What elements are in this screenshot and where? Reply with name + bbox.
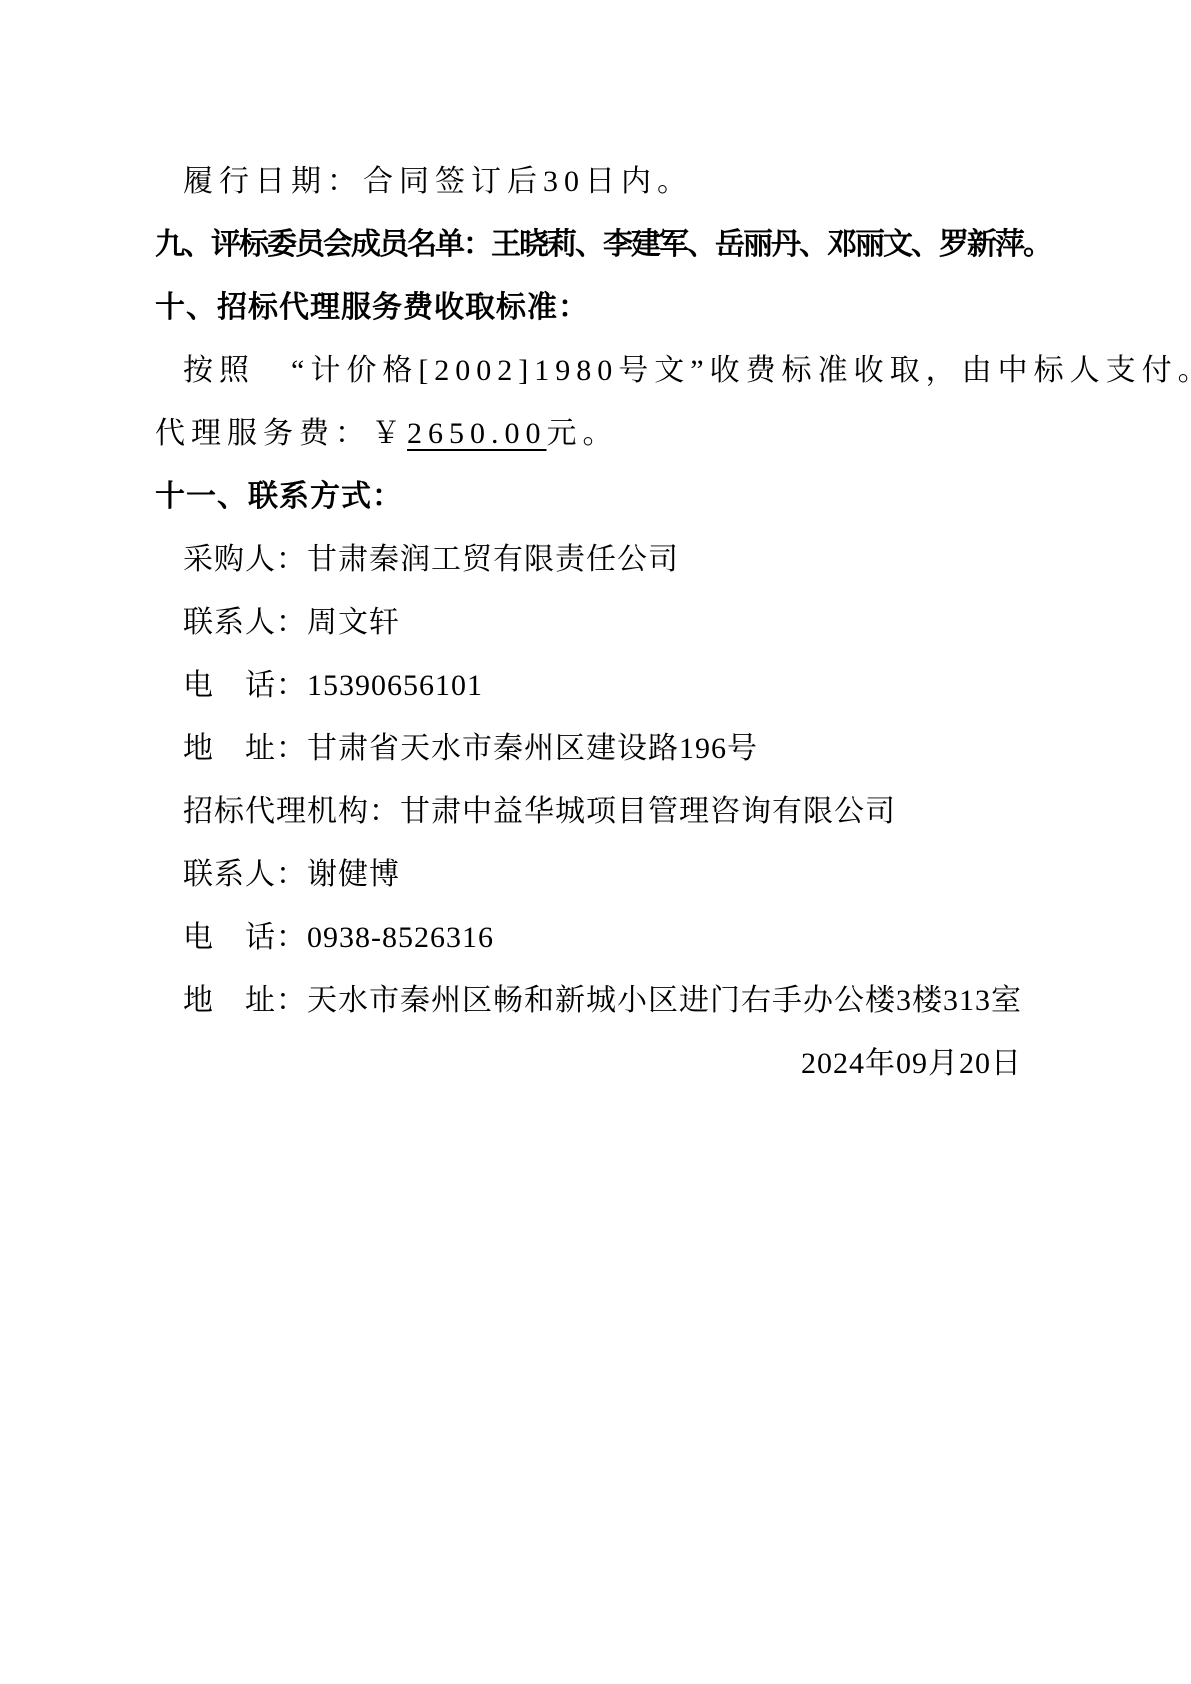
document-date: 2024年09月20日 (155, 1032, 1038, 1095)
agency-fee-unit: 元。 (547, 417, 619, 450)
fee-basis-line: 按照 “计价格[2002]1980号文”收费标准收取，由中标人支付。 (155, 339, 1038, 402)
agency-fee-label: 代理服务费：￥ (155, 417, 407, 450)
contact-line-agency-address: 地 址：天水市秦州区畅和新城小区进门右手办公楼3楼313室 (155, 969, 1038, 1032)
contact-line-purchaser-phone: 电 话：15390656101 (155, 654, 1038, 717)
contact-line-agency-contact: 联系人：谢健博 (155, 843, 1038, 906)
contact-line-purchaser-contact: 联系人：周文轩 (155, 591, 1038, 654)
document-body: 履行日期：合同签订后30日内。 九、评标委员会成员名单：王晓莉、李建军、岳丽丹、… (155, 150, 1038, 1095)
contact-line-agency: 招标代理机构：甘肃中益华城项目管理咨询有限公司 (155, 780, 1038, 843)
contact-line-purchaser: 采购人：甘肃秦润工贸有限责任公司 (155, 528, 1038, 591)
agency-fee-standard-heading: 十、招标代理服务费收取标准： (155, 276, 1038, 339)
contact-line-purchaser-address: 地 址：甘肃省天水市秦州区建设路196号 (155, 717, 1038, 780)
evaluation-committee-heading: 九、评标委员会成员名单：王晓莉、李建军、岳丽丹、邓丽文、罗新萍。 (155, 213, 1038, 276)
contact-section-heading: 十一、联系方式： (155, 465, 1038, 528)
contact-line-agency-phone: 电 话：0938-8526316 (155, 906, 1038, 969)
agency-fee-line: 代理服务费：￥2650.00元。 (155, 402, 1038, 465)
agency-fee-amount: 2650.00 (407, 417, 547, 450)
document-page: 履行日期：合同签订后30日内。 九、评标委员会成员名单：王晓莉、李建军、岳丽丹、… (0, 0, 1191, 1684)
performance-date-line: 履行日期：合同签订后30日内。 (155, 150, 1038, 213)
